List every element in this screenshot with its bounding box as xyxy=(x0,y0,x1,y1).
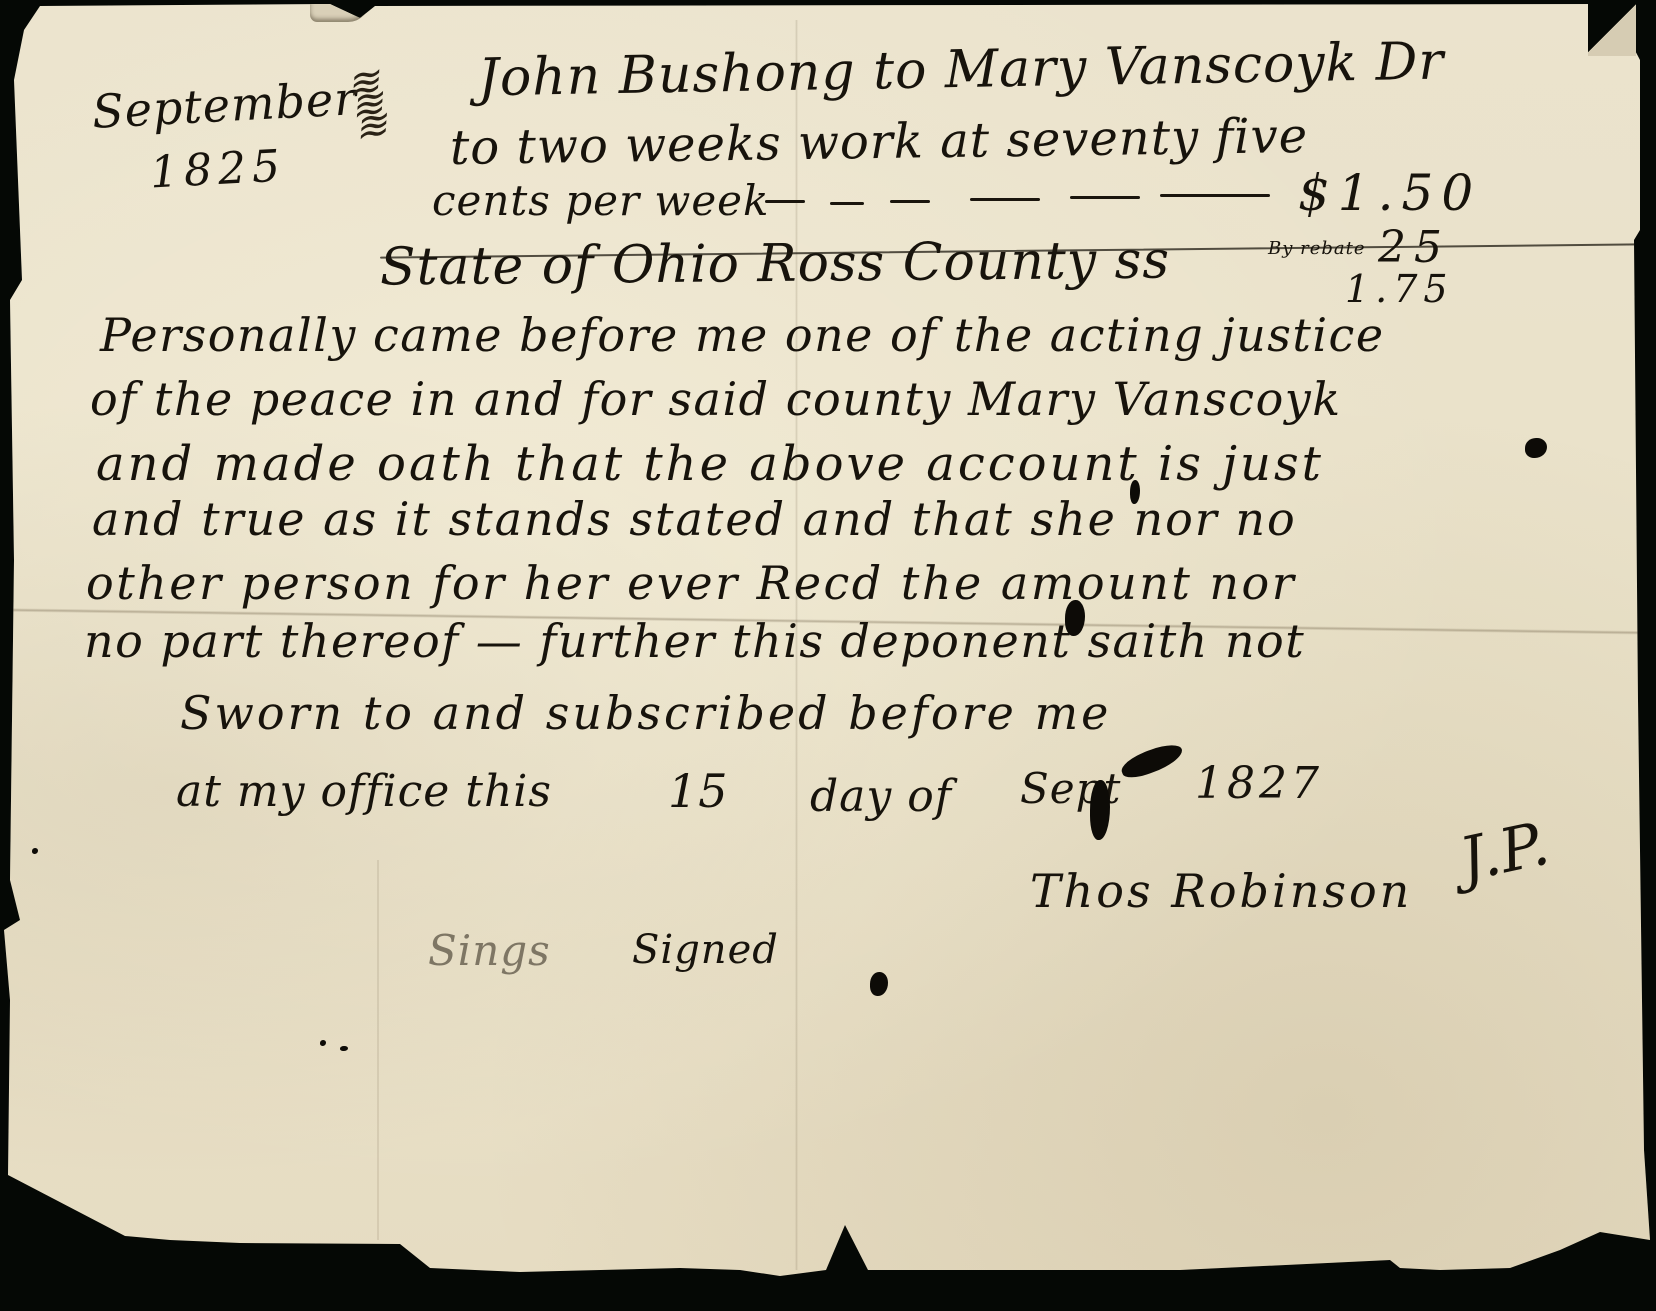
affidavit-line-6: no part thereof — further this deponent … xyxy=(84,618,1305,664)
leader-dash xyxy=(1160,194,1270,197)
margin-flourish: ≋ ≋ ≋ xyxy=(345,70,389,141)
leader-dash xyxy=(830,202,864,205)
jurat-line-1: Sworn to and subscribed before me xyxy=(180,690,1111,736)
jurat-prefix: at my office this xyxy=(176,770,552,814)
leader-dash xyxy=(1070,196,1140,199)
ink-blot xyxy=(870,972,888,996)
vertical-crease-lower xyxy=(377,860,379,1240)
affidavit-line-1: Personally came before me one of the act… xyxy=(100,312,1385,358)
affidavit-line-4: and true as it stands stated and that sh… xyxy=(92,496,1297,542)
account-line-3: cents per week xyxy=(432,180,770,222)
ink-blot xyxy=(1118,740,1186,783)
flourish-glyph: ≋ xyxy=(352,113,389,140)
signature-title: J.P. xyxy=(1455,813,1555,890)
balance-amount: 1.75 xyxy=(1345,270,1454,308)
rebate-label: By rebate xyxy=(1268,240,1366,258)
margin-year: 1825 xyxy=(149,144,287,195)
affidavit-heading: State of Ohio Ross County ss xyxy=(380,235,1170,294)
torn-corner xyxy=(1588,0,1636,56)
jurat-year: 1827 xyxy=(1195,762,1323,806)
jurat-day: 15 xyxy=(668,768,729,814)
leader-dash xyxy=(765,200,805,203)
ink-blot xyxy=(1090,780,1110,840)
rebate-amount: 25 xyxy=(1378,226,1450,270)
affidavit-line-3: and made oath that the above account is … xyxy=(96,440,1324,488)
leader-dash xyxy=(890,200,930,203)
account-line-1: John Bushong to Mary Vanscoyk Dr xyxy=(478,36,1445,105)
account-line-2: to two weeks work at seventy five xyxy=(450,112,1309,172)
ink-blot xyxy=(1525,438,1547,458)
torn-top-edge xyxy=(310,0,370,22)
signed-note: Signed xyxy=(632,930,779,970)
margin-month: September xyxy=(91,75,358,135)
account-amount: $1.50 xyxy=(1298,168,1481,218)
signature-name: Thos Robinson xyxy=(1030,868,1412,914)
ink-blot xyxy=(340,1046,348,1051)
affidavit-line-5: other person for her ever Recd the amoun… xyxy=(86,560,1296,606)
faint-note: Sings xyxy=(428,930,551,972)
leader-dash xyxy=(970,198,1040,201)
jurat-day-of: day of xyxy=(810,775,952,819)
ink-blot xyxy=(32,848,38,854)
ink-blot xyxy=(320,1040,326,1046)
affidavit-line-2: of the peace in and for said county Mary… xyxy=(90,376,1342,422)
document-paper: September 1825 ≋ ≋ ≋ John Bushong to Mar… xyxy=(0,0,1656,1311)
